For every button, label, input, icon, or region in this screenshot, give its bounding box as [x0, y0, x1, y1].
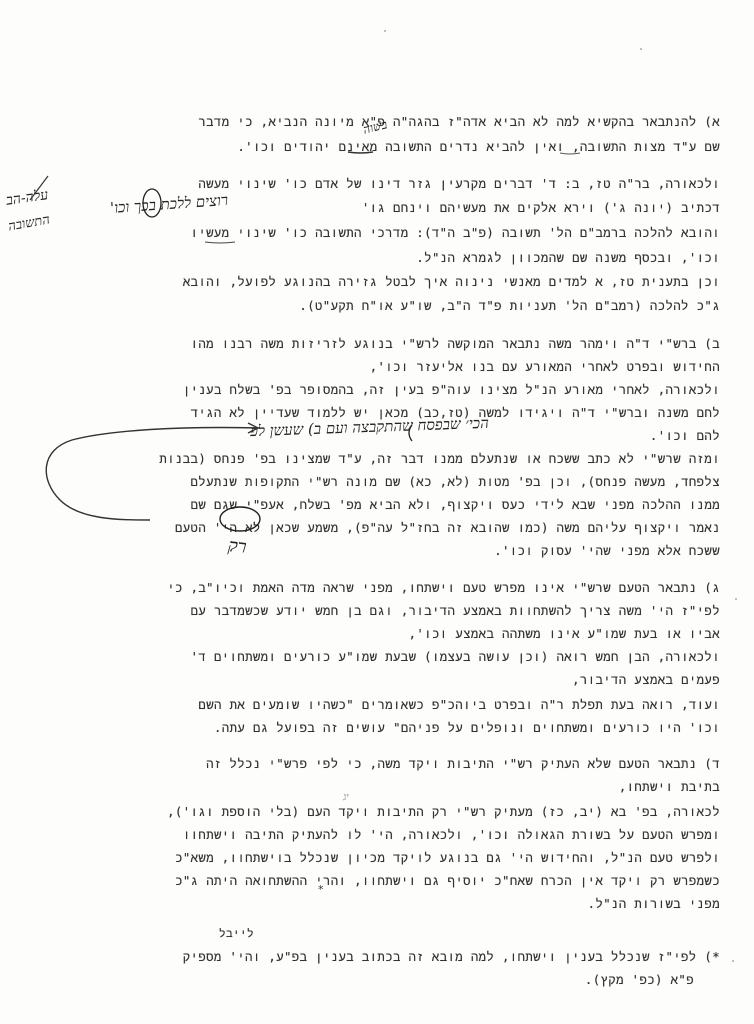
scan-speck — [732, 960, 734, 962]
handwritten-note-inline: רוצים ללכת בכך וכו' — [109, 191, 228, 218]
footnote-label: לייבל — [219, 927, 254, 941]
scan-speck — [640, 48, 642, 50]
section-c-line-4: ולכאורה, הבן חמש רואה (וכן עושה בעצמו) ש… — [191, 650, 720, 665]
section-c-line-6: ועוד, רואה בעת תפלת ר"ה ובפרט ביוהכ"פ כש… — [198, 698, 720, 713]
section-a-cont-line-2: דכתיב (יונה ג') וירא אלקים את מעשיהם וינ… — [362, 201, 720, 216]
section-b-line-8: ממנו ההלכה מפני שבא לידי כעס ויקצוף, ולא… — [191, 498, 720, 513]
section-a-line-1: א) להנתבאר בהקשיא למה לא הביא אדה"ז בהגה… — [198, 115, 720, 130]
handwritten-faint-mark: יג — [342, 792, 349, 804]
section-b-line-6: ומזה שרש"י לא כתב ששכח או שנתעלם ממנו דב… — [159, 452, 720, 467]
section-d-line-1: ד) נתבאר הטעם שלא העתיק רש"י התיבות ויקד… — [206, 757, 720, 772]
handwritten-side-mark: רק — [227, 535, 248, 558]
section-a-cont-line-4: וכו', ובכסף משנה שם שהמכוון לגמרא הנ"ל. — [416, 251, 720, 266]
section-a-cont-line-1: ולכאורה, בר"ה טז, ב: ד' דברים מקרעין גזר… — [198, 177, 720, 192]
footnote-line-1: *) לפי"ז שנכלל בענין וישתחו, למה מובא זה… — [183, 950, 720, 965]
section-b-line-10: ששכח אלא מפני שהי' עסוק וכו'. — [494, 544, 720, 559]
section-c-line-5: פעמים באמצע הדיבור, — [572, 673, 720, 688]
handwritten-margin-note-2: התשובה — [7, 211, 51, 234]
footnote-line-2: פ"א (כפ' מקץ). — [585, 973, 694, 988]
section-a-cont-line-3: והובא להלכה ברמב"ם הל' תשובה (פ"ב ה"ד): … — [191, 226, 720, 241]
section-d-line-7: מפני בשורות הנ"ל. — [588, 897, 720, 912]
scan-speck — [735, 598, 737, 600]
section-c-line-1: ג) נתבאר הטעם שרש"י אינו מפרש טעם וישתחו… — [167, 581, 720, 596]
section-b-line-7: צלפחד, מעשה פנחס), וכן בפ' מטות (לא, כא)… — [191, 475, 720, 490]
section-b-line-9: נאמר ויקצוף עליהם משה (כמו שהובא זה בחז"… — [175, 521, 720, 536]
section-b-line-1: ב) ברש"י ד"ה וימהר משה נתבאר המוקשה לרש"… — [191, 337, 720, 352]
section-b-line-3: ולכאורה, לאחרי מאורע הנ"ל מצינו עוה"פ בע… — [183, 383, 720, 398]
section-a-cont-line-5: וכן בתענית טז, א למדים מאנשי נינוה איך ל… — [183, 275, 720, 290]
scanned-document-page: א) להנתבאר בהקשיא למה לא הביא אדה"ז בהגה… — [0, 0, 754, 1024]
section-c-line-2: לפי"ז הי' משה צריך להשתחוות באמצע הדיבור… — [191, 604, 720, 619]
section-b-line-2: החידוש ובפרט לאחרי המאורע עם בנו אליעזר … — [370, 360, 720, 375]
section-d-line-4: ומפרש הטעם על בשורת הגאולה וכו', ולכאורה… — [183, 828, 720, 843]
scan-speck — [384, 30, 386, 32]
section-a-cont-line-6: ג"כ להלכה (רמב"ם הל' תעניות פ"ד ה"ב, שו"… — [299, 299, 720, 314]
section-d-line-2: בתיבת וישתחו, — [619, 780, 720, 795]
section-c-line-3: אביו או בעת שמו"ע אינו משתהה באמצע וכו', — [409, 627, 720, 642]
section-d-line-3: לכאורה, בפ' בא (יב, כז) מעתיק רש"י רק הת… — [167, 805, 720, 820]
section-b-line-5: להם וכו'. — [650, 429, 720, 444]
handwritten-margin-note-1: עלה-הב — [5, 187, 49, 210]
section-a-line-2: שם ע"ד מצות התשובה, ואין להביא נדרים התש… — [237, 140, 720, 155]
section-c-line-7: וכו' היו כורעים ומשתחוים ונופלים על פניה… — [214, 721, 720, 736]
section-d-line-5: ולפרש טעם הנ"ל, והחידוש הי' גם בנוגע לוי… — [175, 851, 720, 866]
section-d-line-6: כשמפרש רק ויקד אין הכרח שאח"כ יוסיף גם ו… — [175, 874, 720, 889]
